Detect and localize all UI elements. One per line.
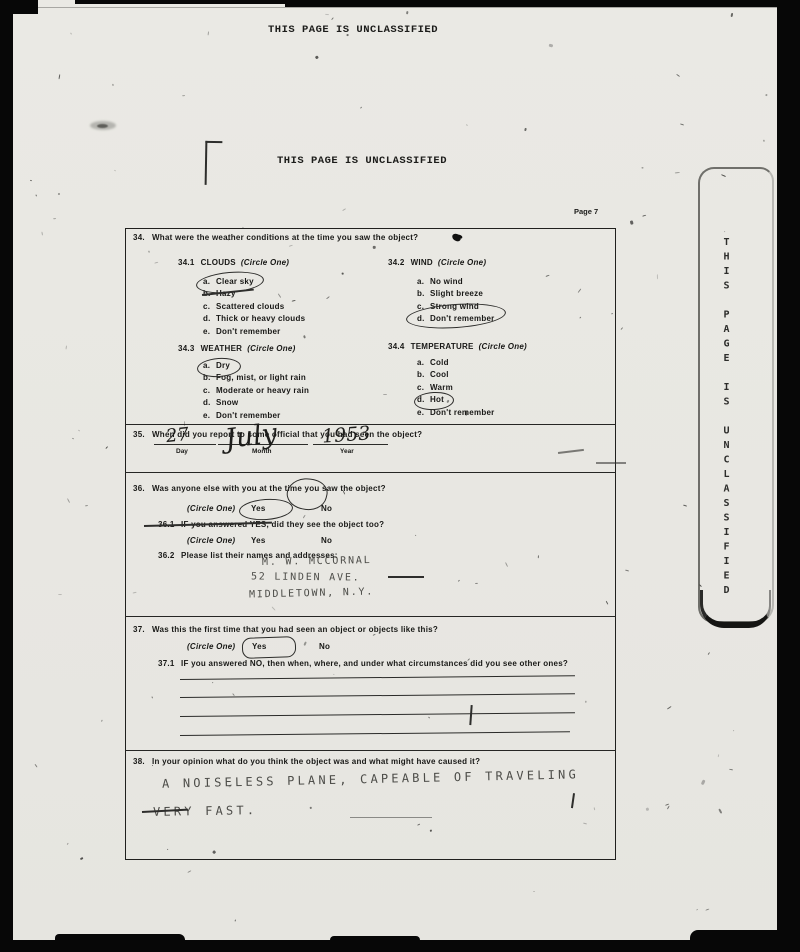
q34-1-num: 34.1: [178, 258, 195, 267]
q34-1-title: CLOUDS: [201, 258, 236, 267]
question-36: 36.Was anyone else with you at the time …: [133, 484, 386, 493]
q34-3-num: 34.3: [178, 344, 195, 353]
option-34-4-c: c.Warm: [417, 383, 453, 392]
scanned-document-page: THIS PAGE IS UNCLASSIFIED THIS PAGE IS U…: [0, 0, 800, 952]
scan-edge-top-thick: [285, 0, 800, 7]
scan-edge-bottom-bump: [330, 936, 420, 942]
mid-classification-banner: THIS PAGE IS UNCLASSIFIED: [277, 155, 447, 167]
scan-dash: [596, 462, 626, 464]
option-34-3-d: d.Snow: [203, 398, 238, 407]
option-34-1-d: d.Thick or heavy clouds: [203, 314, 305, 323]
scan-edge-bottom-bump: [55, 934, 185, 942]
option-34-1-c: c.Scattered clouds: [203, 302, 284, 311]
option-key: c.: [203, 386, 216, 395]
q37-1-number: 37.1: [158, 659, 181, 668]
section-divider: [125, 424, 616, 425]
q34-number: 34.: [133, 233, 152, 242]
q34-2-instr: (Circle One): [438, 258, 486, 267]
option-key: a.: [417, 358, 430, 367]
scan-smudge: [97, 124, 108, 128]
q38-number: 38.: [133, 757, 152, 766]
q37-1-text: IF you answered NO, then when, where, an…: [181, 659, 568, 668]
q34-1-heading: 34.1CLOUDS(Circle One): [178, 258, 289, 267]
option-key: d.: [203, 398, 216, 407]
option-key: b.: [417, 370, 430, 379]
q34-1-instr: (Circle One): [241, 258, 289, 267]
q36-no: No: [321, 504, 332, 513]
q36-number: 36.: [133, 484, 152, 493]
option-label: Thick or heavy clouds: [216, 314, 305, 323]
corner-mark-artifact: [205, 141, 223, 185]
question-37-1: 37.1IF you answered NO, then when, where…: [158, 659, 568, 668]
option-key: c.: [417, 383, 430, 392]
option-label: Warm: [430, 383, 453, 392]
option-label: Snow: [216, 398, 238, 407]
q35-number: 35.: [133, 430, 152, 439]
scan-edge-right: [777, 0, 800, 952]
option-34-4-b: b.Cool: [417, 370, 449, 379]
question-37: 37.Was this the first time that you had …: [133, 625, 438, 634]
q34-4-num: 34.4: [388, 342, 405, 351]
option-34-1-e: e.Don't remember: [203, 327, 281, 336]
stamp-outline: [698, 167, 774, 623]
option-label: Cold: [430, 358, 449, 367]
year-label: Year: [340, 448, 354, 455]
scan-dash: [350, 817, 432, 818]
option-label: Cool: [430, 370, 449, 379]
section-divider: [125, 472, 616, 473]
option-34-2-a: a.No wind: [417, 277, 463, 286]
scan-edge-bottom-bump: [690, 930, 800, 944]
section-divider: [125, 616, 616, 617]
handwritten-year: 1953: [321, 422, 371, 447]
q36-1-circle-one: (Circle One): [187, 536, 235, 545]
question-34: 34.What were the weather conditions at t…: [133, 233, 418, 242]
option-key: b.: [417, 289, 430, 298]
option-key: e.: [203, 411, 216, 420]
question-38: 38.In your opinion what do you think the…: [133, 757, 480, 766]
handwritten-day: 27: [165, 424, 190, 447]
option-label: Slight breeze: [430, 289, 483, 298]
option-key: d.: [203, 314, 216, 323]
q35-text: When did you report to some official tha…: [152, 430, 422, 439]
q34-2-num: 34.2: [388, 258, 405, 267]
q37-circle-one: (Circle One): [187, 642, 235, 651]
q34-3-instr: (Circle One): [247, 344, 295, 353]
q34-3-title: WEATHER: [201, 344, 243, 353]
q37-text: Was this the first time that you had see…: [152, 625, 438, 634]
scan-dash: [388, 576, 424, 578]
q34-4-heading: 34.4TEMPERATURE(Circle One): [388, 342, 527, 351]
side-classification-banner: THIS PAGE IS UNCLASSIFIED: [721, 237, 732, 600]
page-number: Page 7: [574, 207, 598, 216]
q38-text: In your opinion what do you think the ob…: [152, 757, 480, 766]
q36-circle-one: (Circle One): [187, 504, 235, 513]
q37-number: 37.: [133, 625, 152, 634]
section-divider: [125, 750, 616, 751]
handwritten-address-line-1: 52 LINDEN AVE.: [251, 571, 361, 583]
option-label: Moderate or heavy rain: [216, 386, 309, 395]
pen-circle-yes-37: [242, 636, 297, 659]
option-label: Scattered clouds: [216, 302, 284, 311]
q36-1-no: No: [321, 536, 332, 545]
stamp-outline-heavy-stroke: [700, 590, 771, 628]
day-label: Day: [176, 448, 188, 455]
q36-1-yes: Yes: [251, 536, 266, 545]
scan-edge-top-left: [0, 0, 38, 14]
scan-fold-line: [30, 7, 796, 8]
q34-4-title: TEMPERATURE: [411, 342, 474, 351]
handwritten-month: July: [223, 418, 278, 455]
handwritten-name: M. W. MCCORNAL: [262, 555, 372, 568]
option-34-2-b: b.Slight breeze: [417, 289, 483, 298]
top-classification-banner: THIS PAGE IS UNCLASSIFIED: [268, 24, 438, 36]
q34-text: What were the weather conditions at the …: [152, 233, 418, 242]
q34-3-heading: 34.3WEATHER(Circle One): [178, 344, 296, 353]
option-label: No wind: [430, 277, 463, 286]
option-key: a.: [417, 277, 430, 286]
option-key: e.: [203, 327, 216, 336]
option-34-3-c: c.Moderate or heavy rain: [203, 386, 309, 395]
option-34-4-a: a.Cold: [417, 358, 449, 367]
q36-2-number: 36.2: [158, 551, 181, 560]
q34-4-instr: (Circle One): [479, 342, 527, 351]
q37-no: No: [319, 642, 330, 651]
scan-edge-left: [0, 0, 13, 952]
q36-text: Was anyone else with you at the time you…: [152, 484, 386, 493]
q34-2-title: WIND: [411, 258, 433, 267]
option-label: Don't remember: [216, 327, 281, 336]
q34-2-heading: 34.2WIND(Circle One): [388, 258, 486, 267]
option-key: c.: [203, 302, 216, 311]
